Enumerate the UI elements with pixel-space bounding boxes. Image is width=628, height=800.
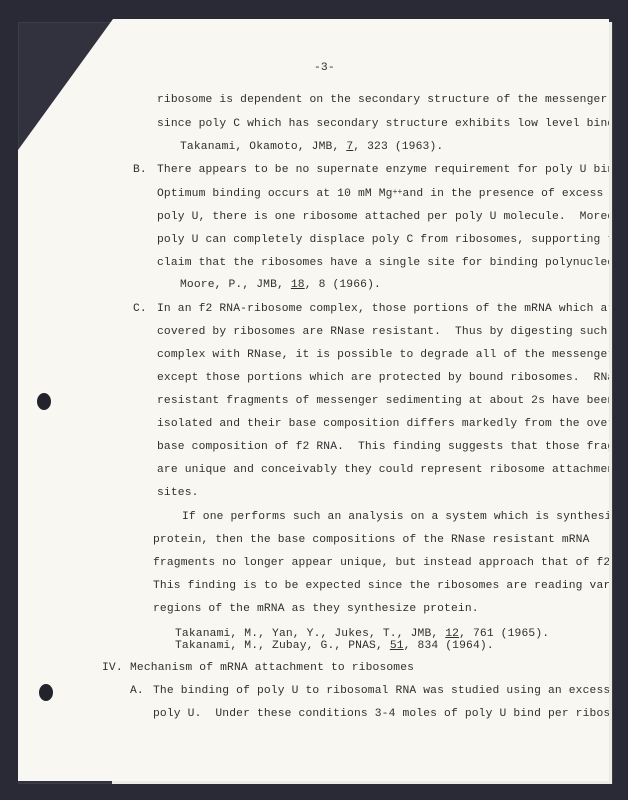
text-line: isolated and their base composition diff… xyxy=(157,417,628,431)
text-line: In an f2 RNA-ribosome complex, those por… xyxy=(157,302,621,316)
text-line: sites. xyxy=(157,486,199,500)
reference-line: Takanami, Okamoto, JMB, 7, 323 (1963). xyxy=(180,140,443,154)
text-line: This finding is to be expected since the… xyxy=(153,579,628,593)
text-line: except those portions which are protecte… xyxy=(157,371,628,385)
document-page: -3- ribosome is dependent on the seconda… xyxy=(18,19,609,781)
text-line: poly U can completely displace poly C fr… xyxy=(157,233,628,247)
text-line: protein, then the base compositions of t… xyxy=(153,533,590,547)
section-heading: Mechanism of mRNA attachment to ribosome… xyxy=(130,661,414,675)
text-line: ribosome is dependent on the secondary s… xyxy=(157,93,607,107)
text-line: fragments no longer appear unique, but i… xyxy=(153,556,628,570)
punch-hole xyxy=(39,684,53,701)
section-label: IV. xyxy=(102,661,123,675)
text-line: complex with RNase, it is possible to de… xyxy=(157,348,621,362)
text-line: poly U. Under these conditions 3-4 moles… xyxy=(153,707,628,721)
reference-line: Takanami, M., Zubay, G., PNAS, 51, 834 (… xyxy=(175,639,494,653)
page-number: -3- xyxy=(314,61,335,75)
section-label: C. xyxy=(133,302,147,316)
section-label: B. xyxy=(133,163,147,177)
text-line: covered by ribosomes are RNase resistant… xyxy=(157,325,621,339)
section-label: A. xyxy=(130,684,144,698)
text-line: resistant fragments of messenger sedimen… xyxy=(157,394,614,408)
text-line: claim that the ribosomes have a single s… xyxy=(157,256,628,270)
text-line: The binding of poly U to ribosomal RNA w… xyxy=(153,684,628,698)
text-line: If one performs such an analysis on a sy… xyxy=(182,510,628,524)
text-line: Optimum binding occurs at 10 mM Mg++and … xyxy=(157,187,603,202)
reference-line: Moore, P., JMB, 18, 8 (1966). xyxy=(180,278,381,292)
text-line: regions of the mRNA as they synthesize p… xyxy=(153,602,479,616)
text-line: poly U, there is one ribosome attached p… xyxy=(157,210,628,224)
text-line: are unique and conceivably they could re… xyxy=(157,463,621,477)
punch-hole xyxy=(37,393,51,410)
text-line: There appears to be no supernate enzyme … xyxy=(157,163,628,177)
text-line: since poly C which has secondary structu… xyxy=(157,117,628,131)
text-line: base composition of f2 RNA. This finding… xyxy=(157,440,628,454)
